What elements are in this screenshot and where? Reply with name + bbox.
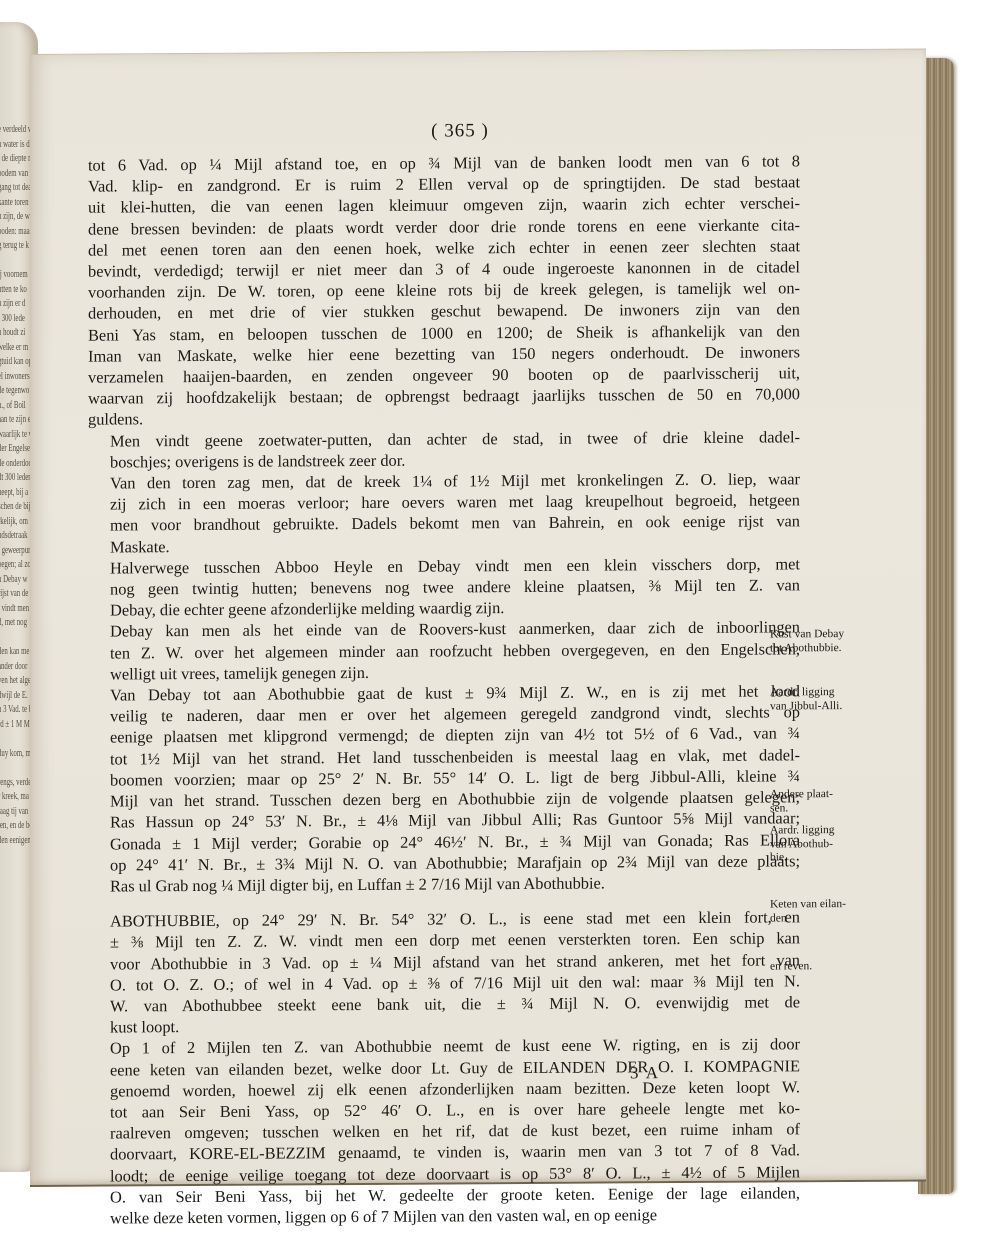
margin-note: Kust van Debaytot Abothubbie.: [770, 628, 860, 656]
left-page-fragment: dt 300 leden: [0, 470, 23, 485]
paragraph: Debay kan men als het einde van de Roove…: [88, 617, 800, 685]
text-line: ten Z. W. over het algemeen minder aan r…: [88, 638, 800, 664]
book-page: ( 365 ) tot 6 Vad. op ¼ Mijl afstand toe…: [30, 49, 926, 1187]
text-line: Ras ul Grab nog ¼ Mijl digter bij, en Lu…: [88, 871, 800, 897]
left-page-fragment: dwijl de E.: [0, 688, 23, 703]
left-page-fragment: laag tij van de: [0, 804, 23, 819]
left-page-fragment: den eenigen: [0, 833, 23, 848]
left-page-fragment: n Debay w: [0, 572, 23, 587]
margin-note-line: Aardr. ligging: [770, 686, 860, 700]
paragraph: Op 1 of 2 Mijlen ten Z. van Abothubbie n…: [88, 1034, 800, 1229]
left-page-fragment: oegen; al zo: [0, 557, 23, 572]
margin-note-line: Keten van eilan-: [770, 898, 860, 912]
left-page-fragment: t 300 lede: [0, 311, 23, 326]
left-page-fragment: rijst van de: [0, 586, 23, 601]
left-page-fragment: gtuid kan op: [0, 354, 23, 369]
left-page-fragment: de tegenwo: [0, 383, 23, 398]
left-page-fragment: n., of Boil: [0, 398, 23, 413]
left-page-fragment: den kan me: [0, 644, 23, 659]
left-page-fragment: e verdeeld w: [0, 122, 23, 137]
left-page-fragment: ander door: [0, 659, 23, 674]
left-page-fragment: ten, en de bo: [0, 818, 23, 833]
left-page-fragment: g terug te k: [0, 238, 23, 253]
left-page-fragment: rd ± 1 M M: [0, 717, 23, 732]
left-page-fragment: [0, 630, 23, 645]
text-line: welke deze keten vormen, liggen op 6 of …: [88, 1203, 800, 1229]
text-line: op 24° 41′ N. Br., ± 3¾ Mijl N. O. van A…: [88, 850, 800, 876]
left-page-fragment: ndsdetraak: [0, 528, 23, 543]
left-page-fragment: rengs, verdeld: [0, 775, 23, 790]
left-page-fragment: der Engelse: [0, 441, 23, 456]
margin-note: Andere plaat-sen.: [770, 788, 860, 816]
text-line: W. van Abothubbee steekt eene bank uit, …: [88, 991, 800, 1017]
left-page-fragment: boden: maa: [0, 224, 23, 239]
left-page-fragment: utten te ko: [0, 282, 23, 297]
left-page-fragment: ij voornem: [0, 267, 23, 282]
left-page-fragment: waarlijk te v: [0, 427, 23, 442]
left-page-fragment: welke er m: [0, 340, 23, 355]
margin-note-line: van Jibbul-Alli.: [770, 699, 860, 713]
left-page-fragment: gang tot dea: [0, 180, 23, 195]
left-page-fragment: n 3 Vad. te be: [0, 702, 23, 717]
margin-note-line: sen.: [770, 801, 860, 815]
page-body-text: tot 6 Vad. op ¼ Mijl afstand toe, en op …: [88, 150, 800, 1229]
left-page-fragment: neept, bij a: [0, 485, 23, 500]
left-page-fragment: duy kom, m: [0, 746, 23, 761]
margin-note: Aardr. liggingvan Abothub-bie.: [770, 824, 860, 865]
margin-note: Aardr. liggingvan Jibbul-Alli.: [770, 686, 860, 714]
left-page-fragment: t geweerpuren: [0, 543, 23, 558]
text-line: Men vindt geene zoetwater-putten, dan ac…: [88, 426, 800, 452]
margin-note-line: Kust van Debay: [770, 628, 860, 642]
margin-note-line: den: [770, 911, 860, 925]
text-line: men voor brandhout gebruikte. Dadels bek…: [88, 511, 800, 537]
paragraph: Van Debay tot aan Abothubbie gaat de kus…: [88, 680, 800, 896]
paragraph: Van den toren zag men, dat de kreek 1¼ o…: [88, 468, 800, 557]
margin-note-line: Andere plaat-: [770, 788, 860, 802]
left-page-fragment: aan te zijn e: [0, 412, 23, 427]
margin-note-line: en reven.: [770, 960, 860, 974]
left-page-fragment: oodem van w: [0, 166, 23, 181]
margin-note-line: Aardr. ligging: [770, 824, 860, 838]
left-page-fragment: de onderdoo: [0, 456, 23, 471]
left-page-text-fragments: e verdeeld wn water is dt de diepte mood…: [0, 122, 23, 847]
left-page-fragment: d, met nog: [0, 615, 23, 630]
left-page-fragment: el inwoners: [0, 369, 23, 384]
margin-note: en reven.: [770, 960, 860, 974]
margin-note-line: tot Abothubbie.: [770, 641, 860, 655]
signature-mark: 3 A: [630, 1063, 660, 1083]
paragraph: Men vindt geene zoetwater-putten, dan ac…: [88, 426, 800, 473]
text-line: O. van Seir Beni Yass, bij het W. gedeel…: [88, 1182, 800, 1208]
left-page-fragment: [0, 731, 23, 746]
left-page-fragment: ven het algem: [0, 673, 23, 688]
left-page-fragment: n water is d: [0, 137, 23, 152]
left-page-fragment: r kreek, ma: [0, 789, 23, 804]
left-page-fragment: n zijn er d: [0, 296, 23, 311]
left-page-fragment: [0, 253, 23, 268]
left-page-fragment: n zijn, de w: [0, 209, 23, 224]
margin-note: Keten van eilan-den: [770, 898, 860, 926]
left-page-fragment: kante toren w: [0, 195, 23, 210]
left-page-fragment: t de diepte m: [0, 151, 23, 166]
paragraph-abothubbie: ABOTHUBBIE, op 24° 29′ N. Br. 54° 32′ O.…: [88, 906, 800, 1038]
left-page-fragment: [0, 760, 23, 775]
paragraph: tot 6 Vad. op ¼ Mijl afstand toe, en op …: [88, 150, 800, 430]
paragraph: Halverwege tusschen Abboo Heyle en Debay…: [88, 553, 800, 621]
left-page-fragment: rkelijk, om: [0, 514, 23, 529]
margin-note-line: van Abothub-: [770, 837, 860, 851]
left-page-fragment: schen de bij: [0, 499, 23, 514]
left-page-fragment: n houdt zi: [0, 325, 23, 340]
left-page-fragment: l vindt men e: [0, 601, 23, 616]
margin-note-line: bie.: [770, 851, 860, 865]
page-number: ( 365 ): [400, 120, 520, 143]
